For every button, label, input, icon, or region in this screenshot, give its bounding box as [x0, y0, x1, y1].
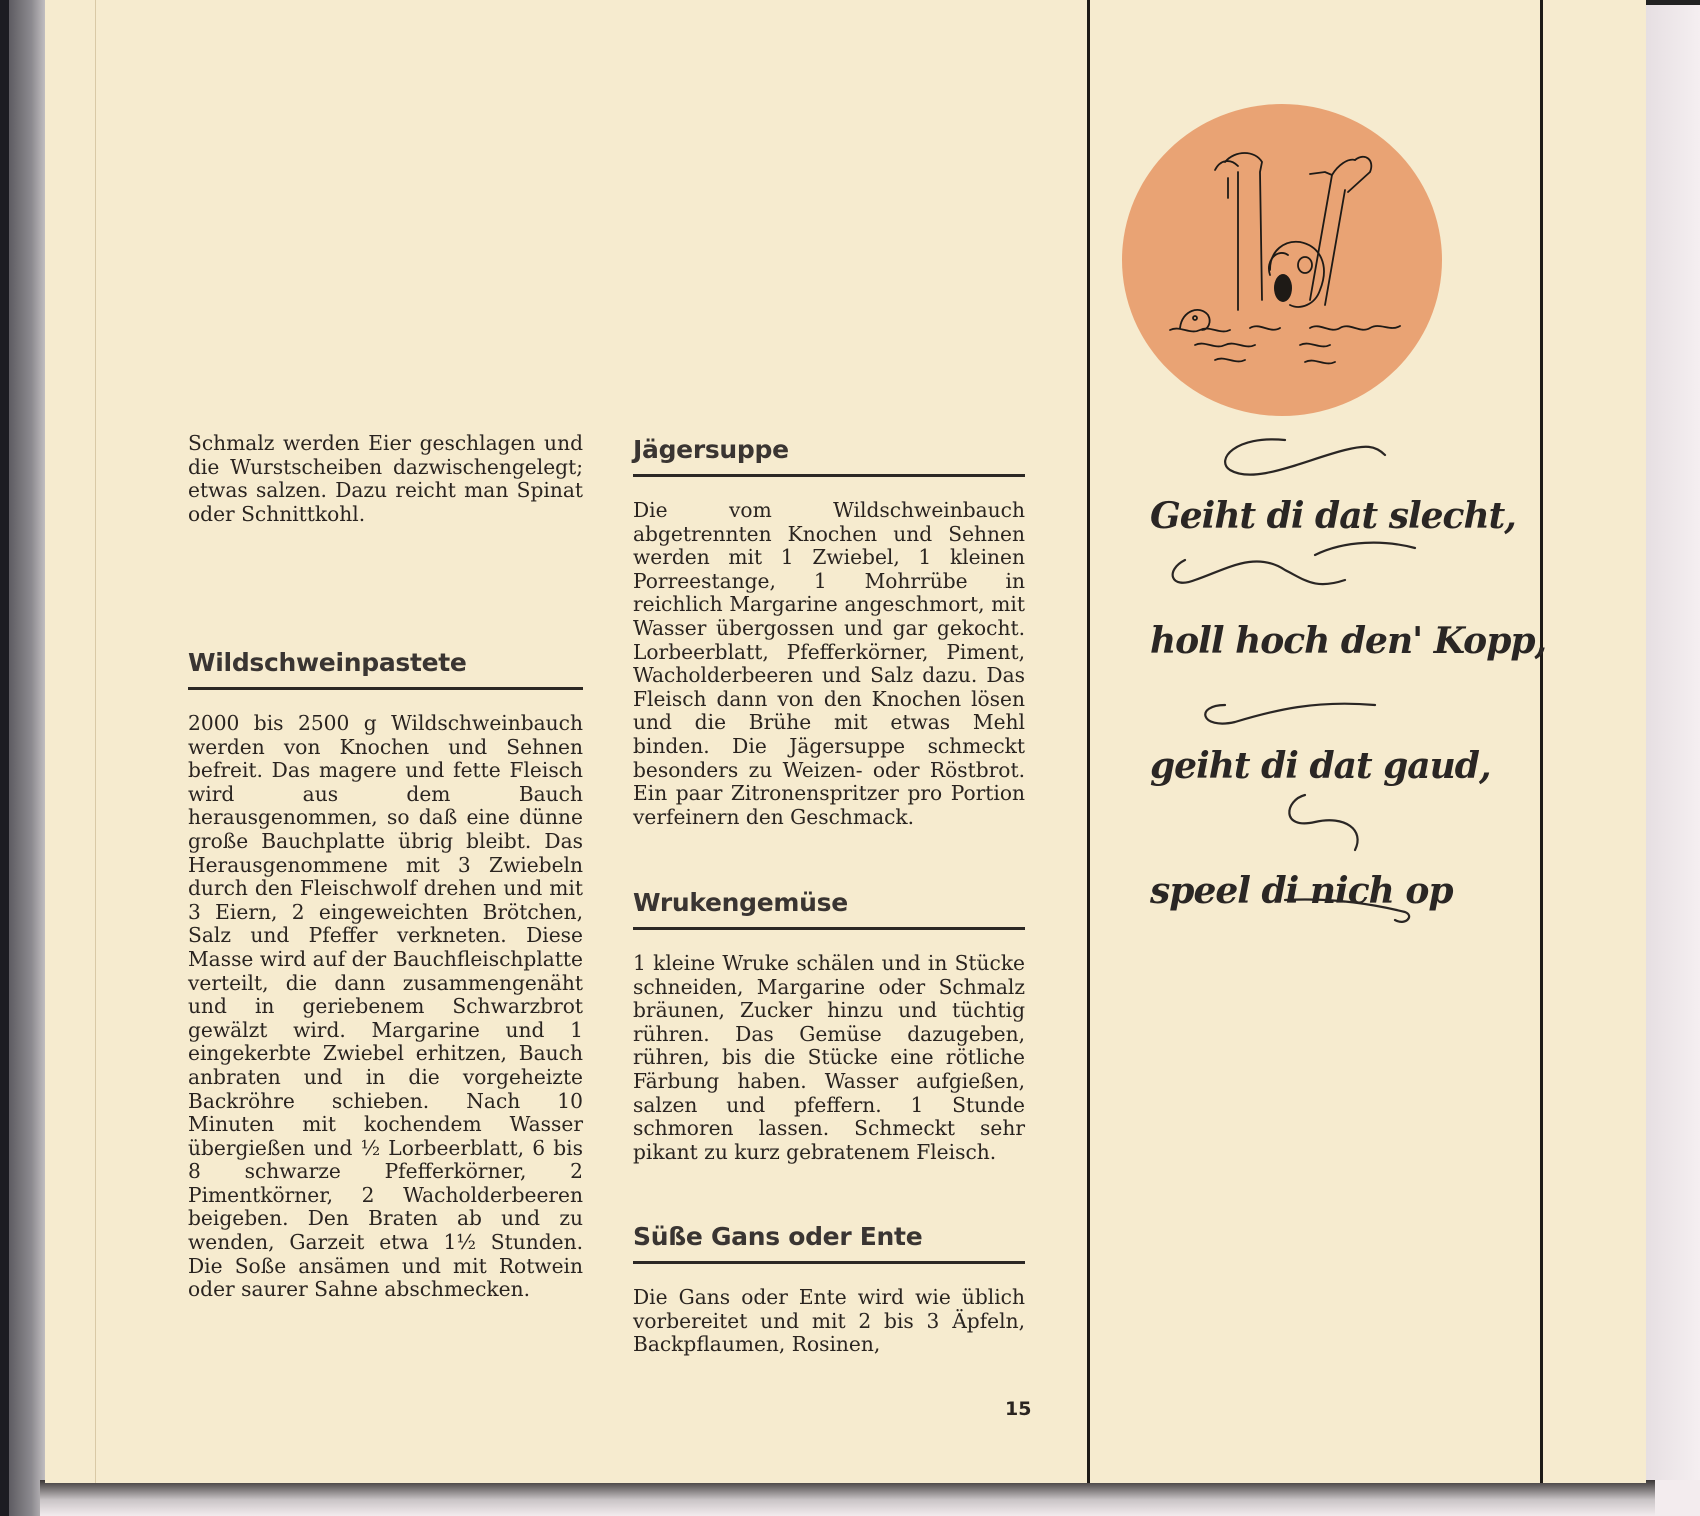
title-rule	[633, 474, 1025, 477]
drowning-man-illustration	[1120, 100, 1450, 420]
intro-paragraph-block: Schmalz werden Eier geschlagen und die W…	[188, 432, 583, 526]
recipe-text: 2000 bis 2500 g Wildschweinbauch werden …	[188, 712, 583, 1302]
recipe-text: Die Gans oder Ente wird wie üblich vorbe…	[633, 1286, 1025, 1357]
title-rule	[633, 1261, 1025, 1264]
verse-line-2: holl hoch den' Kopp,	[1150, 620, 1546, 662]
scan-background	[1646, 0, 1700, 1480]
recipe-title: Wildschweinpastete	[188, 648, 583, 677]
book-page: Schmalz werden Eier geschlagen und die W…	[45, 0, 1646, 1483]
scanner-edge	[0, 0, 9, 1516]
title-rule	[188, 687, 583, 690]
page-fold	[95, 0, 96, 1483]
scan-edge-top	[1646, 0, 1700, 5]
recipe-title: Jägersuppe	[633, 435, 1025, 464]
binding-shadow	[9, 0, 47, 1516]
title-rule	[633, 927, 1025, 930]
verse-line-1: Geiht di dat slecht,	[1150, 495, 1516, 537]
column-divider-right	[1540, 0, 1543, 1483]
recipe-suesse-gans: Süße Gans oder Ente Die Gans oder Ente w…	[633, 1222, 1025, 1357]
recipe-title: Süße Gans oder Ente	[633, 1222, 1025, 1251]
page-bottom-shadow	[40, 1480, 1655, 1516]
recipe-text: Die vom Wildschweinbauch abgetrennten Kn…	[633, 499, 1025, 829]
page-number: 15	[1005, 1398, 1031, 1420]
column-divider-left	[1087, 0, 1090, 1483]
recipe-jaegersuppe: Jägersuppe Die vom Wildschweinbauch abge…	[633, 435, 1025, 829]
intro-paragraph: Schmalz werden Eier geschlagen und die W…	[188, 432, 583, 526]
recipe-text: 1 kleine Wruke schälen und in Stücke sch…	[633, 952, 1025, 1164]
verse-line-3: geiht di dat gaud,	[1150, 745, 1491, 787]
recipe-title: Wrukengemüse	[633, 888, 1025, 917]
recipe-wildschweinpastete: Wildschweinpastete 2000 bis 2500 g Wilds…	[188, 648, 583, 1302]
recipe-wrukengemuese: Wrukengemüse 1 kleine Wruke schälen und …	[633, 888, 1025, 1164]
verse-line-4: speel di nich op	[1150, 870, 1453, 912]
